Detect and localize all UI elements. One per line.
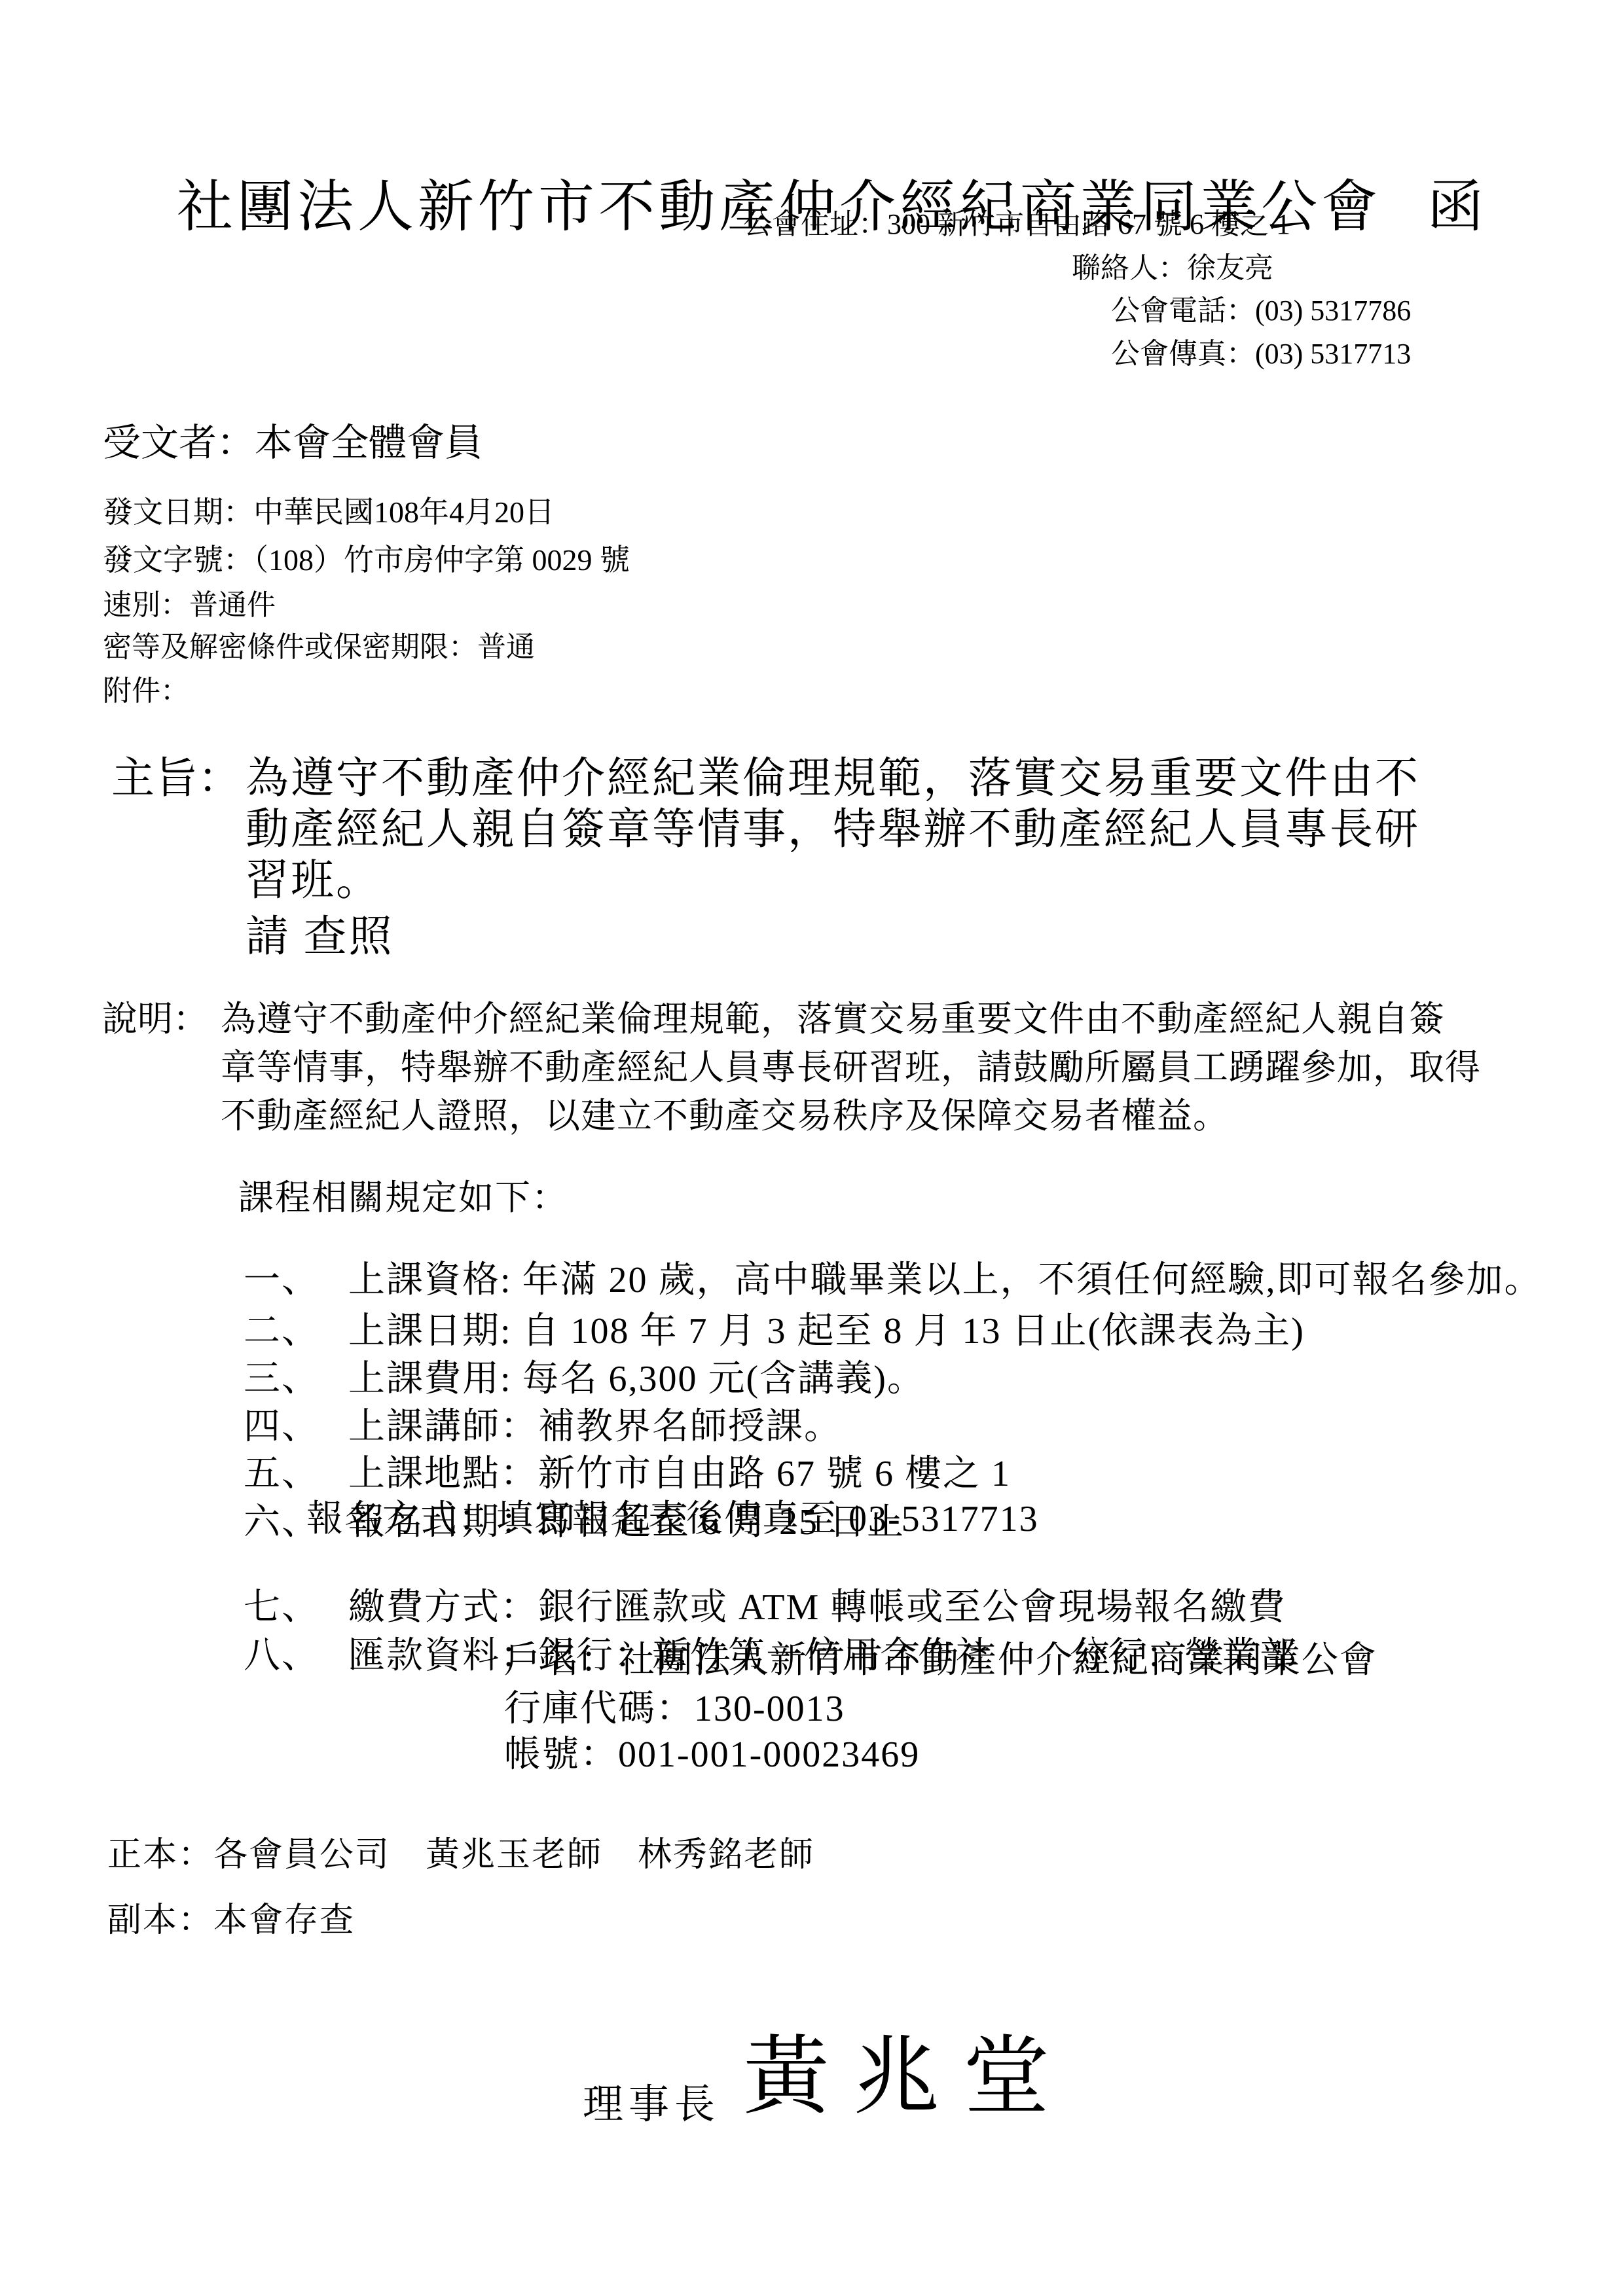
association-address: 公會住址：300 新竹市自由路 67 號 6 樓之 1 bbox=[743, 208, 1290, 240]
association-fax: 公會傳真：(03) 5317713 bbox=[1111, 338, 1411, 370]
explanation-text-line-3: 不動產經紀人證照，以建立不動產交易秩序及保障交易者權益。 bbox=[221, 1096, 1229, 1136]
recipient-line: 受文者：本會全體會員 bbox=[103, 422, 483, 465]
duplicate-copy-recipients: 副本：本會存查 bbox=[107, 1902, 355, 1940]
list-number: 八、 bbox=[244, 1636, 348, 1677]
subject-closing-phrase: 請 查照 bbox=[246, 913, 394, 961]
remittance-bank-code: 行庫代碼：130-0013 bbox=[504, 1689, 845, 1730]
explanation-text-line-2: 章等情事，特舉辦不動產經紀人員專長研習班，請鼓勵所屬員工踴躍參加，取得 bbox=[221, 1048, 1481, 1087]
subject-text-line-3: 習班。 bbox=[246, 857, 381, 905]
course-rules-intro: 課程相關規定如下： bbox=[238, 1178, 568, 1217]
remittance-account-name: 戶名：社團法人新竹市不動產仲介經紀商業同業公會 bbox=[504, 1640, 1377, 1681]
official-letter-page: 社團法人新竹市不動產仲介經紀商業同業公會函 公會住址：300 新竹市自由路 67… bbox=[0, 0, 1623, 2296]
speed-class-line: 速別：普通件 bbox=[103, 589, 276, 621]
chairman-title: 理事長 bbox=[583, 2083, 720, 2128]
explanation-label: 說明： bbox=[102, 999, 208, 1039]
issue-date-line: 發文日期：中華民國108年4月20日 bbox=[103, 495, 555, 529]
security-class-line: 密等及解密條件或保密期限：普通 bbox=[103, 631, 535, 663]
original-copy-recipients: 正本：各會員公司 黃兆玉老師 林秀銘老師 bbox=[107, 1837, 814, 1874]
letter-type-label: 函 bbox=[1427, 175, 1487, 238]
chairman-name: 黃兆堂 bbox=[743, 2029, 1073, 2126]
contact-person: 聯絡人：徐友亮 bbox=[1072, 252, 1273, 284]
document-number-line: 發文字號：（108）竹市房仲字第 0029 號 bbox=[103, 543, 630, 577]
association-phone: 公會電話：(03) 5317786 bbox=[1111, 295, 1411, 327]
subject-label: 主旨： bbox=[111, 755, 241, 803]
explanation-text-line-1: 為遵守不動產仲介經紀業倫理規範，落實交易重要文件由不動產經紀人親自簽 bbox=[221, 999, 1445, 1039]
subject-text-line-1: 為遵守不動產仲介經紀業倫理規範，落實交易重要文件由不 bbox=[246, 755, 1420, 803]
attachment-line: 附件： bbox=[103, 675, 189, 707]
remittance-account-number: 帳號：001-001-00023469 bbox=[504, 1734, 920, 1776]
list-item-6-continuation: 報名方式：填寫報名表後傳真至 03-5317713 bbox=[306, 1499, 1039, 1540]
subject-text-line-2: 動產經紀人親自簽章等情事，特舉辦不動產經紀人員專長研 bbox=[246, 806, 1420, 854]
document-title: 社團法人新竹市不動產仲介經紀商業同業公會函 bbox=[105, 113, 1487, 302]
